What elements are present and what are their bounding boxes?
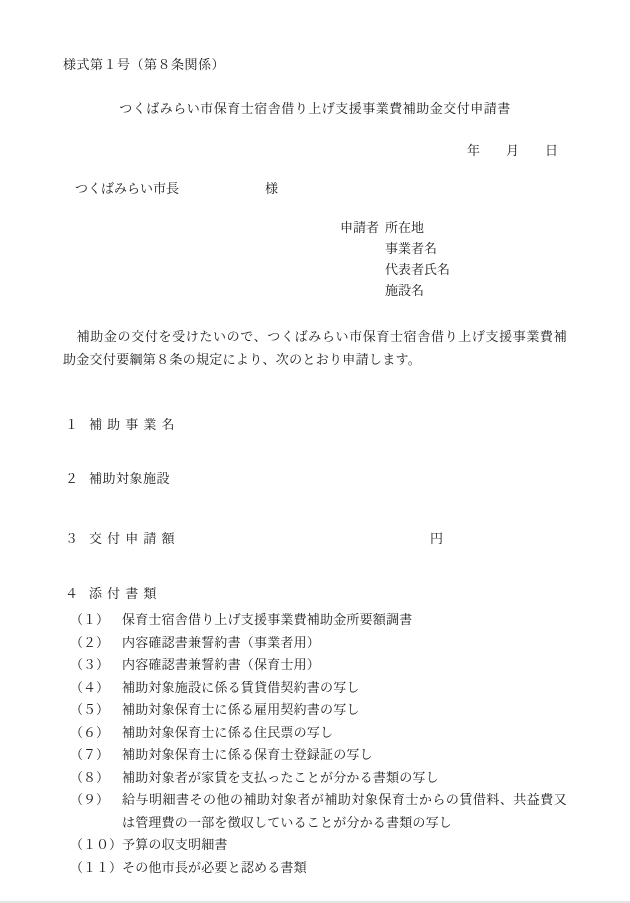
item-subsidy-target-facility: ２ 補助対象施設: [63, 472, 567, 488]
applicant-field-address: 所在地: [385, 218, 450, 239]
addressee-row: つくばみらい市長様: [63, 182, 567, 198]
item-attached-documents: ４ 添 付 書 類: [63, 587, 567, 603]
attachment-item: （３） 内容確認書兼誓約書（保育士用）: [63, 655, 567, 678]
attachment-text: 補助対象保育士に係る住民票の写し: [122, 723, 567, 746]
item-number: １: [65, 418, 89, 434]
attachment-number: （５）: [70, 700, 122, 723]
item-number: ３: [65, 532, 89, 548]
item-application-amount: ３ 交 付 申 請 額 円: [63, 532, 567, 548]
attachment-item: （６） 補助対象保育士に係る住民票の写し: [63, 723, 567, 746]
attachment-item: （７） 補助対象保育士に係る保育士登録証の写し: [63, 745, 567, 768]
attachment-item: （５） 補助対象保育士に係る雇用契約書の写し: [63, 700, 567, 723]
attachment-number: （９）: [70, 790, 122, 813]
applicant-fields: 所在地 事業者名 代表者氏名 施設名: [385, 218, 450, 302]
attachment-item: （９） 給与明細書その他の補助対象者が補助対象保育士からの賃借料、共益費又は管理…: [63, 790, 567, 835]
currency-unit-label: 円: [430, 532, 444, 548]
attachment-text: 補助対象施設に係る賃貸借契約書の写し: [122, 678, 567, 701]
attachment-text: 補助対象保育士に係る雇用契約書の写し: [122, 700, 567, 723]
item-number: ４: [65, 587, 89, 603]
item-label: 添 付 書 類: [89, 587, 157, 603]
page-title: つくばみらい市保育士宿舎借り上げ支援事業費補助金交付申請書: [63, 102, 567, 118]
attachments-list: （１） 保育士宿舎借り上げ支援事業費補助金所要額調書 （２） 内容確認書兼誓約書…: [63, 610, 567, 880]
item-subsidy-project-name: １ 補 助 事 業 名: [63, 418, 567, 434]
attachment-number: （３）: [70, 655, 122, 678]
addressee-name: つくばみらい市長: [75, 182, 179, 197]
attachment-item: （１０） 予算の収支明細書: [63, 835, 567, 858]
applicant-field-business-name: 事業者名: [385, 239, 450, 260]
applicant-block: 申請者 所在地 事業者名 代表者氏名 施設名: [340, 218, 567, 302]
attachment-text: 給与明細書その他の補助対象者が補助対象保育士からの賃借料、共益費又は管理費の一部…: [122, 790, 567, 835]
applicant-field-representative-name: 代表者氏名: [385, 260, 450, 281]
attachment-number: （４）: [70, 678, 122, 701]
attachment-number: （２）: [70, 633, 122, 656]
addressee-honorific: 様: [265, 182, 278, 197]
attachment-item: （１） 保育士宿舎借り上げ支援事業費補助金所要額調書: [63, 610, 567, 633]
attachment-number: （１１）: [70, 858, 122, 881]
applicant-label: 申請者: [340, 218, 379, 239]
applicant-field-facility-name: 施設名: [385, 281, 450, 302]
date-line: 年 月 日: [63, 144, 567, 160]
item-label: 補助対象施設: [89, 472, 170, 488]
attachment-number: （７）: [70, 745, 122, 768]
attachment-item: （４） 補助対象施設に係る賃貸借契約書の写し: [63, 678, 567, 701]
attachment-number: （１０）: [70, 835, 122, 858]
attachment-text: 内容確認書兼誓約書（事業者用）: [122, 633, 567, 656]
attachment-number: （８）: [70, 768, 122, 791]
attachment-item: （８） 補助対象者が家賃を支払ったことが分かる書類の写し: [63, 768, 567, 791]
attachment-text: 内容確認書兼誓約書（保育士用）: [122, 655, 567, 678]
attachment-number: （６）: [70, 723, 122, 746]
application-form-page: 様式第１号（第８条関係） つくばみらい市保育士宿舎借り上げ支援事業費補助金交付申…: [0, 0, 630, 903]
item-label: 交 付 申 請 額: [89, 532, 175, 548]
item-number: ２: [65, 472, 89, 488]
attachment-text: 補助対象保育士に係る保育士登録証の写し: [122, 745, 567, 768]
attachment-item: （１１） その他市長が必要と認める書類: [63, 858, 567, 881]
body-paragraph: 補助金の交付を受けたいので、つくばみらい市保育士宿舎借り上げ支援事業費補助金交付…: [63, 326, 567, 372]
attachment-number: （１）: [70, 610, 122, 633]
attachment-text: 補助対象者が家賃を支払ったことが分かる書類の写し: [122, 768, 567, 791]
attachment-text: 予算の収支明細書: [122, 835, 567, 858]
form-number: 様式第１号（第８条関係）: [63, 58, 567, 74]
attachment-text: その他市長が必要と認める書類: [122, 858, 567, 881]
attachment-item: （２） 内容確認書兼誓約書（事業者用）: [63, 633, 567, 656]
attachment-text: 保育士宿舎借り上げ支援事業費補助金所要額調書: [122, 610, 567, 633]
item-label: 補 助 事 業 名: [89, 418, 175, 434]
